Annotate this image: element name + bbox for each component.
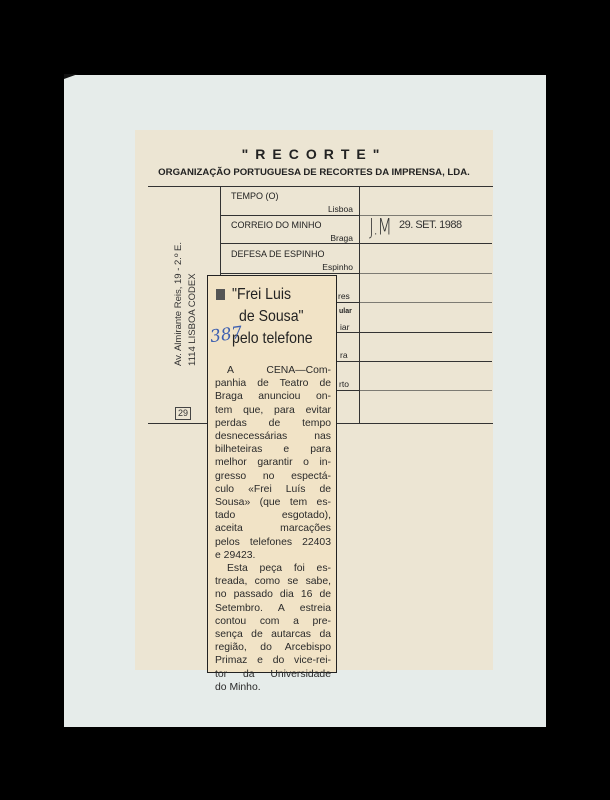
article-line: gresso no espectá- [215,470,331,483]
headline-square-icon [216,289,225,300]
partial-label: ular [339,308,352,315]
agency-address-line2: 1114 LISBOA CODEX [187,273,198,366]
row-rule [221,243,359,244]
page-number-box: 29 [175,407,191,420]
article-line: perdas de tempo [215,417,331,430]
article-line: desnecessárias nas [215,430,331,443]
partial-label: rto [339,379,349,389]
date-row-rule [360,243,492,244]
publication-city: Braga [330,233,353,243]
article-line: contou com a pre- [215,615,331,628]
row-rule [335,361,359,362]
middle-column-rule [359,186,360,423]
article-line: pelos telefones 22403 [215,536,331,549]
newspaper-clipping: "Frei Luis de Sousa" pelo telefone 387 A… [207,275,337,673]
article-line: panhia de Teatro de [215,377,331,390]
row-rule [221,215,359,216]
partial-label: res [338,291,350,301]
date-row-rule [360,390,492,391]
publication-name: TEMPO (O) [231,191,279,201]
publication-city: Lisboa [328,204,353,214]
article-line: tem que, para evitar [215,404,331,417]
article-line: Braga anunciou on- [215,390,331,403]
article-line: e 29423. [215,549,331,562]
article-line: bilheteiras e para [215,443,331,456]
agency-address-line1: Av. Almirante Reis, 19 - 2.º E. [173,242,184,366]
article-headline: "Frei Luis de Sousa" pelo telefone [232,284,313,350]
article-line: A CENA—Com- [215,364,331,377]
article-line: do Minho. [215,681,331,694]
partial-label: iar [340,322,349,332]
article-line: culo «Frei Luís de [215,483,331,496]
article-line: no passado dia 16 de [215,588,331,601]
agency-title: "RECORTE" [135,146,493,162]
stamp-date: 29. SET. 1988 [399,219,462,231]
row-rule [335,302,359,303]
headline-line: de Sousa" [232,306,313,328]
date-row-rule [360,273,492,274]
article-line: região, do Arcebispo [215,641,331,654]
date-row-rule [360,302,492,303]
article-line: Esta peça foi es- [215,562,331,575]
article-line: Primaz e do vice-rei- [215,654,331,667]
row-rule [335,332,359,333]
partial-label: ra [340,350,348,360]
date-row-rule [360,361,492,362]
article-line: tado esgotado), [215,509,331,522]
headline-line: pelo telefone [232,328,313,350]
article-line: tor da Universidade [215,668,331,681]
row-rule [335,390,359,391]
top-rule [148,186,493,187]
article-line: Setembro. A estreia [215,602,331,615]
publication-city: Espinho [322,262,353,272]
agency-subtitle: ORGANIZAÇÃO PORTUGUESA DE RECORTES DA IM… [135,167,493,178]
handwritten-initials: J.M [369,215,391,241]
date-row-rule [360,332,492,333]
article-line: aceita marcações [215,522,331,535]
publication-name: DEFESA DE ESPINHO [231,249,325,259]
article-line: melhor garantir o in- [215,456,331,469]
article-line: treada, como se sabe, [215,575,331,588]
row-rule [221,273,359,274]
article-line: Sousa» (que tem es- [215,496,331,509]
article-body: A CENA—Com- panhia de Teatro de Braga an… [215,364,331,694]
headline-line: "Frei Luis [232,284,313,306]
article-line: sença de autarcas da [215,628,331,641]
publication-name: CORREIO DO MINHO [231,220,322,230]
